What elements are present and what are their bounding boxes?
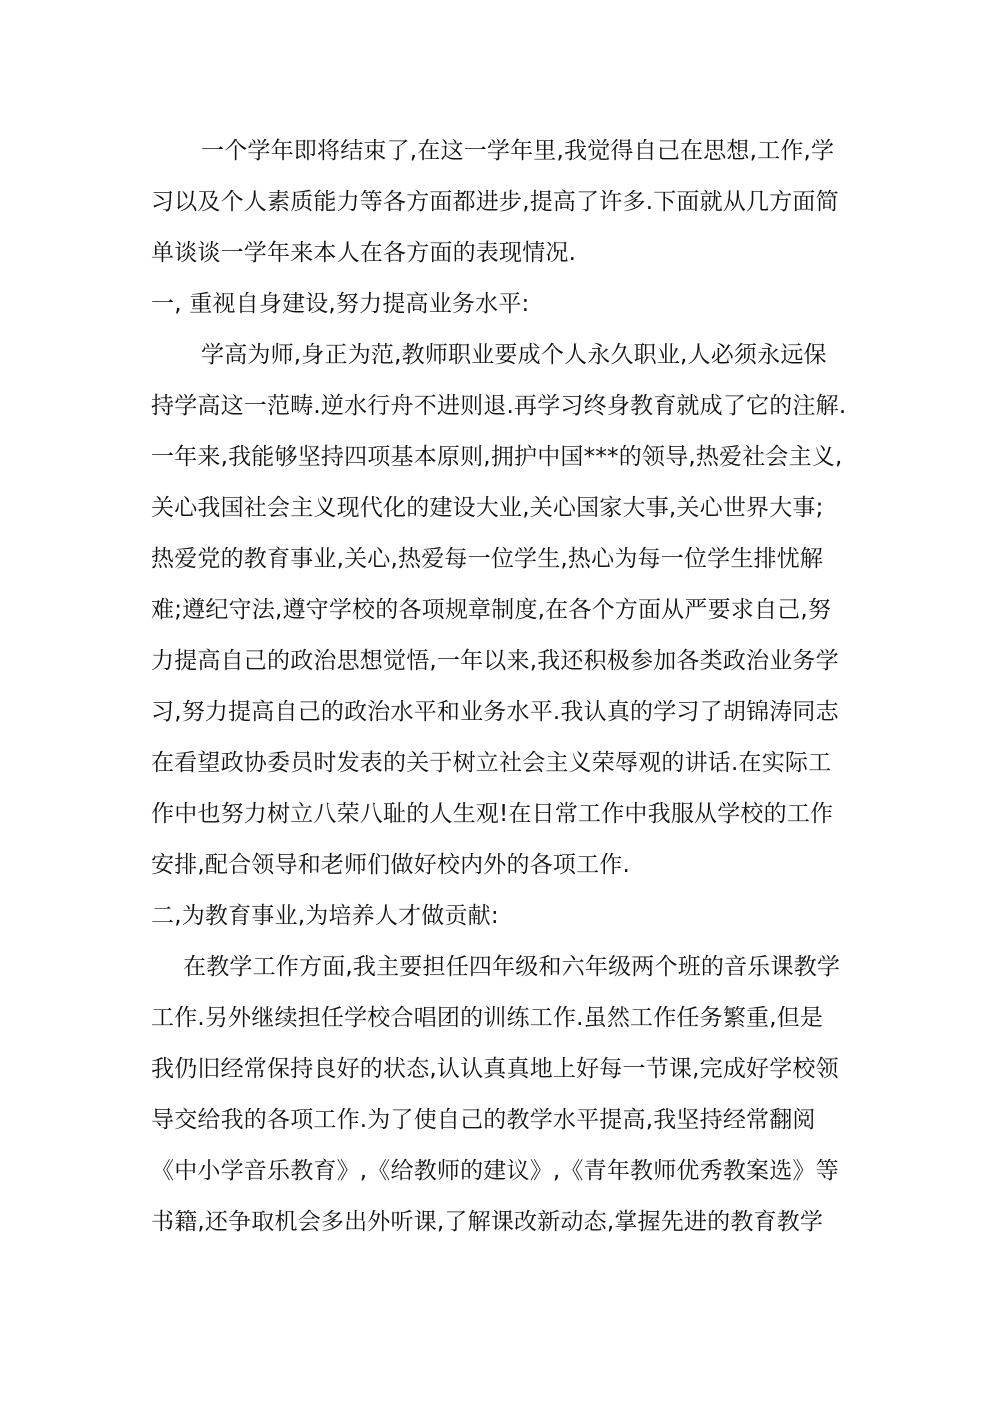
document-body: 一个学年即将结束了,在这一学年里,我觉得自己在思想,工作,学 习以及个人素质能力…: [151, 126, 871, 1248]
paragraph-intro-line-3: 单谈谈一学年来本人在各方面的表现情况.: [151, 228, 871, 279]
section-1-line-7: 力提高自己的政治思想觉悟,一年以来,我还积极参加各类政治业务学: [151, 636, 871, 687]
section-heading-2: 二,为教育事业,为培养人才做贡献:: [151, 891, 871, 942]
section-1-line-11: 安排,配合领导和老师们做好校内外的各项工作.: [151, 840, 871, 891]
section-heading-1: 一, 重视自身建设,努力提高业务水平:: [151, 279, 871, 330]
section-1-line-3: 一年来,我能够坚持四项基本原则,拥护中国***的领导,热爱社会主义,: [151, 432, 871, 483]
section-2-line-4: 导交给我的各项工作.为了使自己的教学水平提高,我坚持经常翻阅: [151, 1095, 871, 1146]
section-1-line-5: 热爱党的教育事业,关心,热爱每一位学生,热心为每一位学生排忧解: [151, 534, 871, 585]
section-1-line-9: 在看望政协委员时发表的关于树立社会主义荣辱观的讲话.在实际工: [151, 738, 871, 789]
document-page: 一个学年即将结束了,在这一学年里,我觉得自己在思想,工作,学 习以及个人素质能力…: [0, 0, 1000, 1415]
section-2-line-5: 《中小学音乐教育》,《给教师的建议》,《青年教师优秀教案选》等: [151, 1146, 871, 1197]
section-1-line-10: 作中也努力树立八荣八耻的人生观!在日常工作中我服从学校的工作: [151, 789, 871, 840]
section-2-line-2: 工作.另外继续担任学校合唱团的训练工作.虽然工作任务繁重,但是: [151, 993, 871, 1044]
paragraph-intro-line-2: 习以及个人素质能力等各方面都进步,提高了许多.下面就从几方面简: [151, 177, 871, 228]
section-1-line-2: 持学高这一范畴.逆水行舟不进则退.再学习终身教育就成了它的注解.: [151, 381, 871, 432]
section-1-line-6: 难;遵纪守法,遵守学校的各项规章制度,在各个方面从严要求自己,努: [151, 585, 871, 636]
section-2-line-3: 我仍旧经常保持良好的状态,认认真真地上好每一节课,完成好学校领: [151, 1044, 871, 1095]
section-2-line-6: 书籍,还争取机会多出外听课,了解课改新动态,掌握先进的教育教学: [151, 1197, 871, 1248]
section-1-line-8: 习,努力提高自己的政治水平和业务水平.我认真的学习了胡锦涛同志: [151, 687, 871, 738]
section-1-line-1: 学高为师,身正为范,教师职业要成个人永久职业,人必须永远保: [151, 330, 871, 381]
section-1-line-4: 关心我国社会主义现代化的建设大业,关心国家大事,关心世界大事;: [151, 483, 871, 534]
section-2-line-1: 在教学工作方面,我主要担任四年级和六年级两个班的音乐课教学: [151, 942, 871, 993]
paragraph-intro-line-1: 一个学年即将结束了,在这一学年里,我觉得自己在思想,工作,学: [151, 126, 871, 177]
